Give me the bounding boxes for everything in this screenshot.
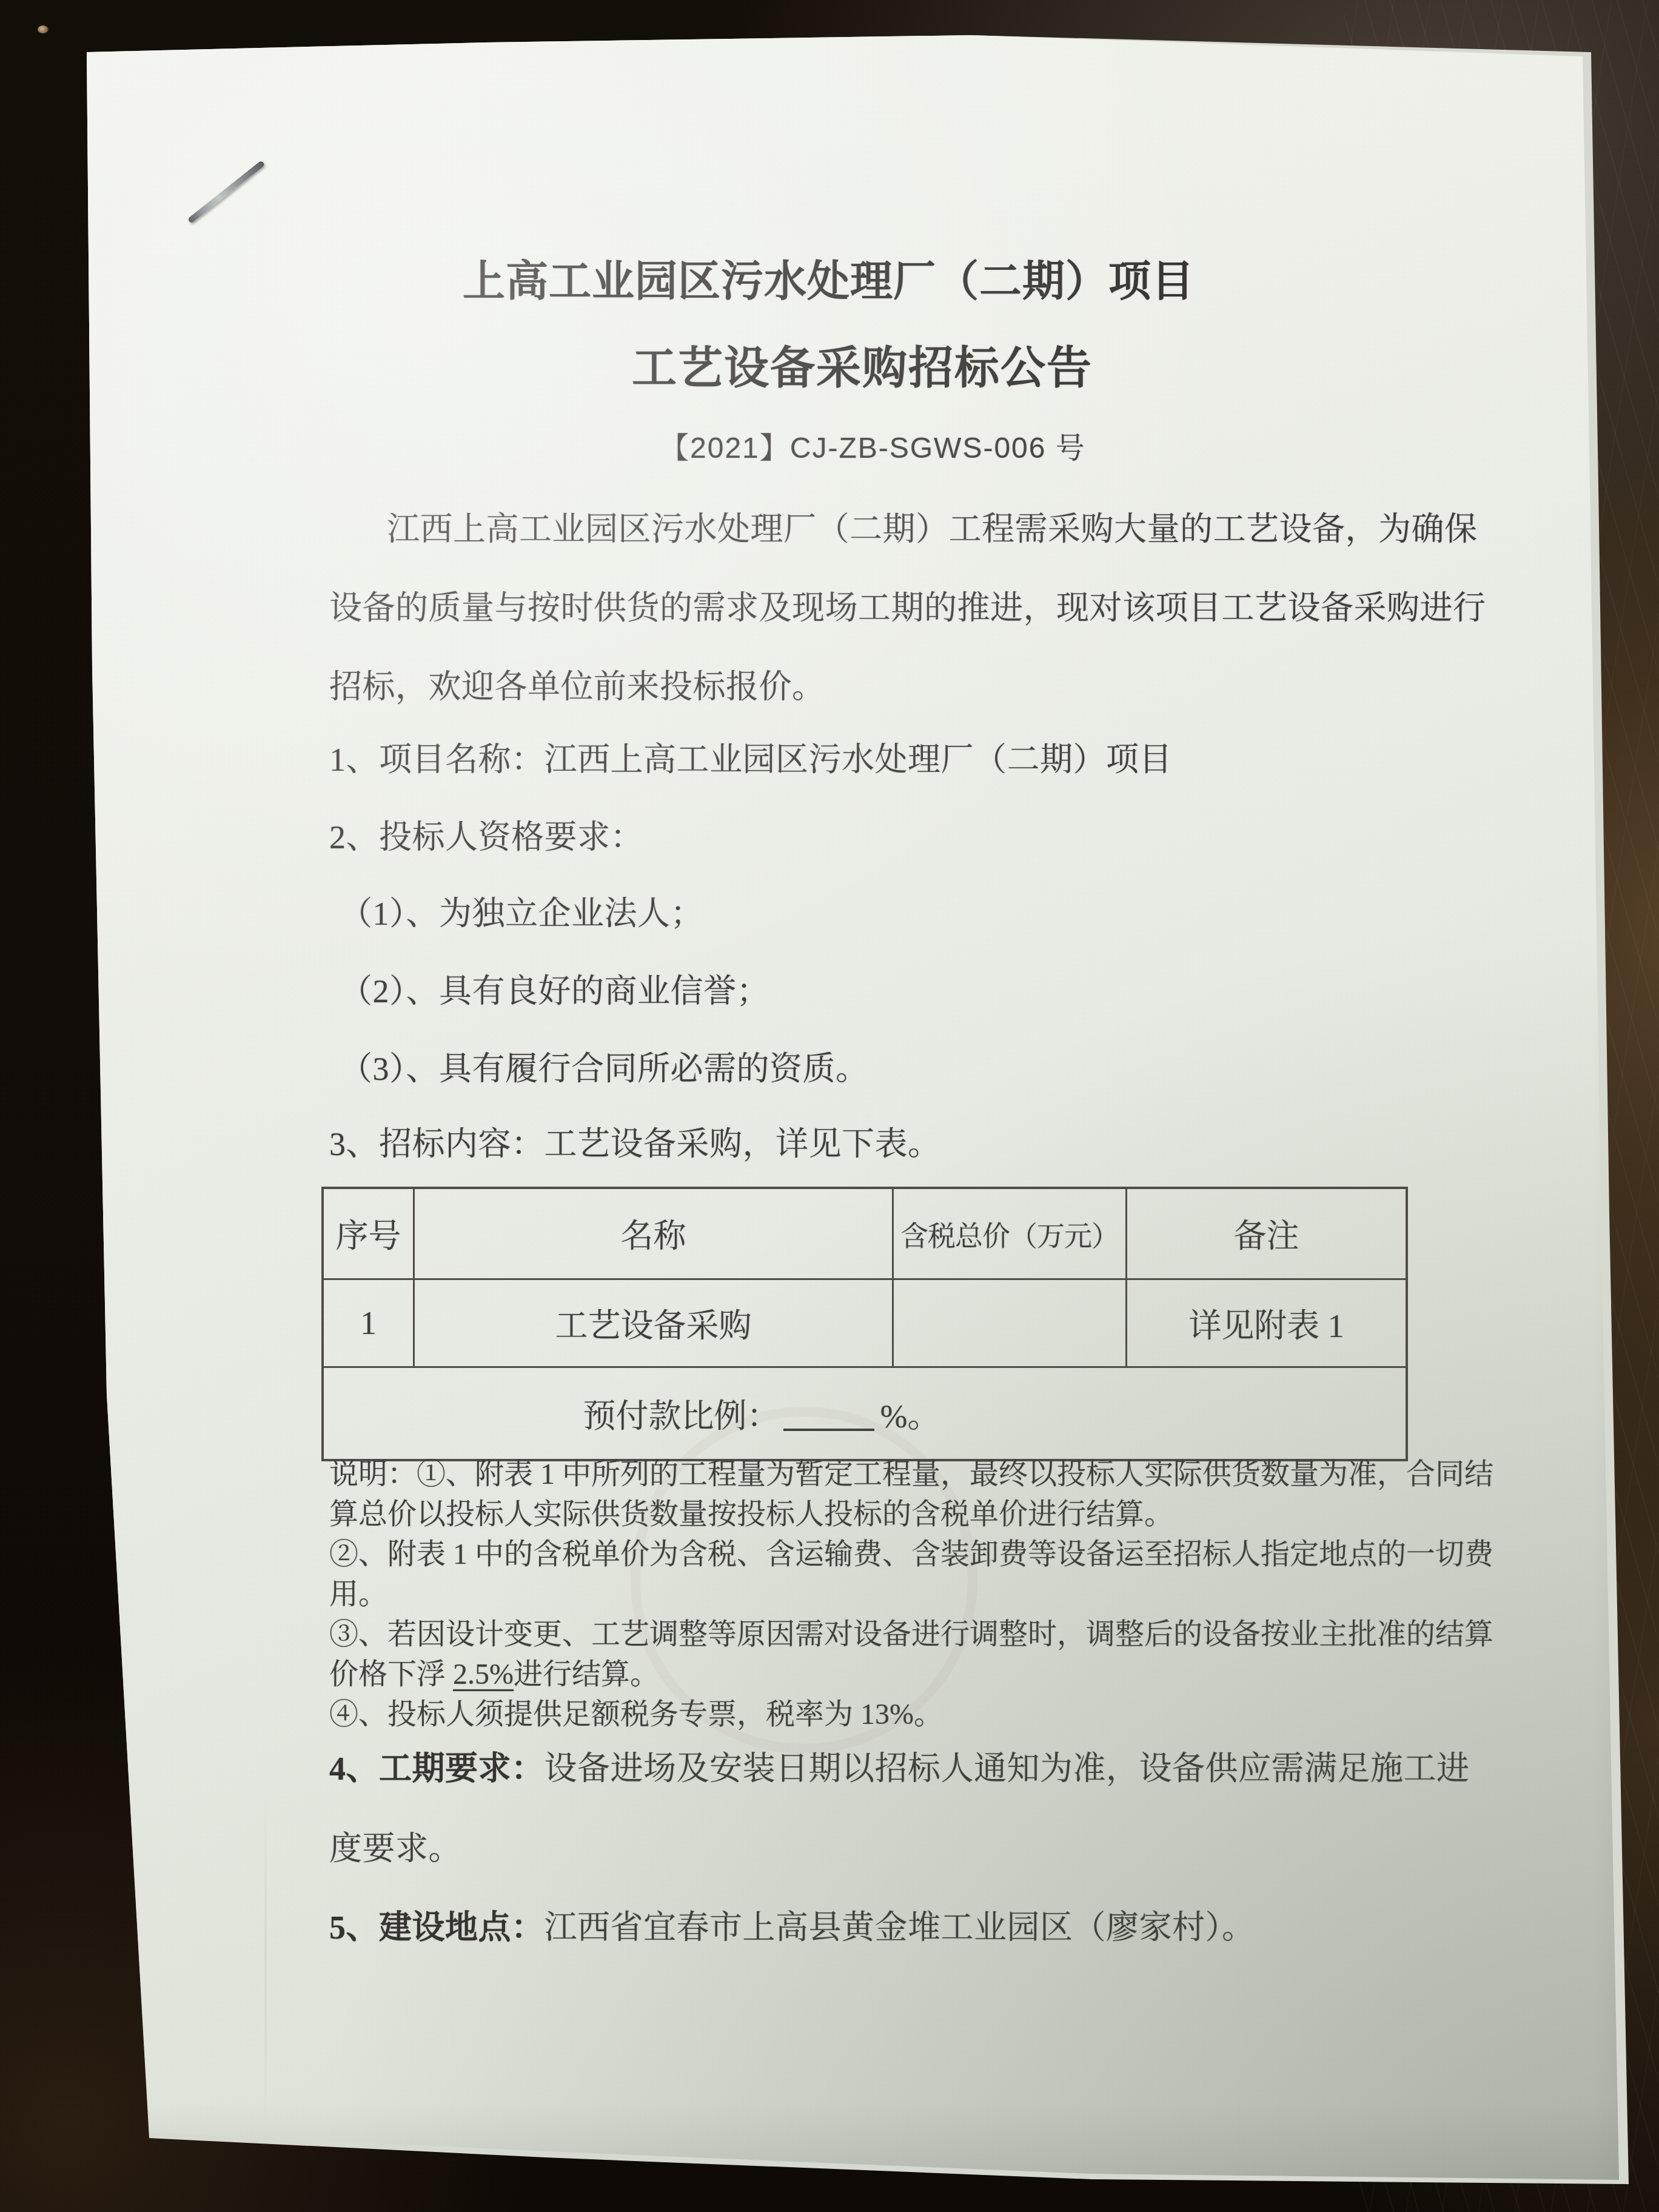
note-line-1: 说明：①、附表 1 中所列的工程量为暂定工程量，最终以投标人实际供货数量为准，合…: [329, 1458, 1493, 1491]
photo-scene: 上高工业园区污水处理厂（二期）项目 工艺设备采购招标公告 【2021】CJ-ZB…: [0, 0, 1659, 2212]
item-2-1: （1）、为独立企业法人；: [340, 895, 703, 933]
cell-name: 工艺设备采购: [415, 1280, 894, 1368]
cell-remark: 详见附表 1: [1127, 1280, 1406, 1368]
item-4-text: 设备进场及安装日期以招标人通知为准，设备供应需满足施工进: [545, 1751, 1470, 1787]
dust-speck: [38, 25, 49, 33]
paper-crease: [264, 1789, 267, 2147]
doc-title-line2: 工艺设备采购招标公告: [632, 343, 1093, 395]
intro-line-3: 招标，欢迎各单位前来投标报价。: [329, 668, 825, 706]
note-line-3: ②、附表 1 中的含税单价为含税、含运输费、含装卸费等设备运至招标人指定地点的一…: [329, 1538, 1493, 1571]
item-5-label: 5、建设地点：: [329, 1909, 545, 1946]
th-price: 含税总价（万元）: [894, 1189, 1127, 1280]
prepayment-label: 预付款比例：: [583, 1390, 780, 1437]
note-line-5: ③、若因设计变更、工艺调整等原因需对设备进行调整时，调整后的设备按业主批准的结算: [329, 1618, 1493, 1651]
note-line-6: 价格下浮 2.5%进行结算。: [329, 1658, 659, 1691]
item-4-label: 4、工期要求：: [329, 1751, 545, 1787]
item-4-cont: 度要求。: [329, 1830, 461, 1868]
note-6-pre: 价格下浮: [329, 1658, 453, 1691]
cell-price: [894, 1280, 1127, 1368]
note-line-4: 用。: [329, 1578, 387, 1611]
cell-index: 1: [324, 1280, 415, 1368]
intro-line-2: 设备的质量与按时供货的需求及现场工期的推进，现对该项目工艺设备采购进行: [329, 589, 1486, 627]
item-2: 2、投标人资格要求：: [329, 819, 643, 856]
note-line-7: ④、投标人须提供足额税务专票，税率为 13%。: [329, 1698, 943, 1731]
intro-line-1: 江西上高工业园区污水处理厂（二期）工程需采购大量的工艺设备，为确保: [387, 511, 1478, 548]
prepayment-suffix: %。: [880, 1390, 940, 1437]
doc-title-line1: 上高工业园区污水处理厂（二期）项目: [463, 258, 1195, 307]
th-name: 名称: [415, 1189, 894, 1280]
item-2-3: （3）、具有履行合同所必需的资质。: [340, 1050, 869, 1088]
doc-number: 【2021】CJ-ZB-SGWS-006 号: [660, 432, 1086, 465]
item-4: 4、工期要求：设备进场及安装日期以招标人通知为准，设备供应需满足施工进: [329, 1750, 1470, 1788]
item-5: 5、建设地点：江西省宜春市上高县黄金堆工业园区（廖家村）。: [329, 1909, 1255, 1946]
item-2-2: （2）、具有良好的商业信誉；: [340, 973, 769, 1010]
bid-table: 序号 名称 含税总价（万元） 备注 1 工艺设备采购 详见附表 1 预付款比例：…: [321, 1187, 1408, 1461]
item-3: 3、招标内容：工艺设备采购，详见下表。: [329, 1125, 941, 1163]
note-6-post: 进行结算。: [514, 1658, 659, 1691]
prepayment-blank-line: [783, 1396, 874, 1431]
th-index: 序号: [324, 1189, 415, 1280]
table-footer: 预付款比例：%。: [221, 1368, 1302, 1459]
note-line-2: 算总价以投标人实际供货数量按投标人投标的含税单价进行结算。: [329, 1498, 1173, 1531]
paper-sheet: 上高工业园区污水处理厂（二期）项目 工艺设备采购招标公告 【2021】CJ-ZB…: [0, 0, 1659, 2212]
paper-shading: [0, 0, 1659, 2212]
note-6-percent: 2.5%: [453, 1658, 514, 1691]
th-remark: 备注: [1127, 1189, 1406, 1280]
item-5-text: 江西省宜春市上高县黄金堆工业园区（廖家村）。: [545, 1909, 1255, 1946]
metal-pin: [187, 160, 265, 224]
item-1: 1、项目名称：江西上高工业园区污水处理厂（二期）项目: [329, 741, 1172, 779]
